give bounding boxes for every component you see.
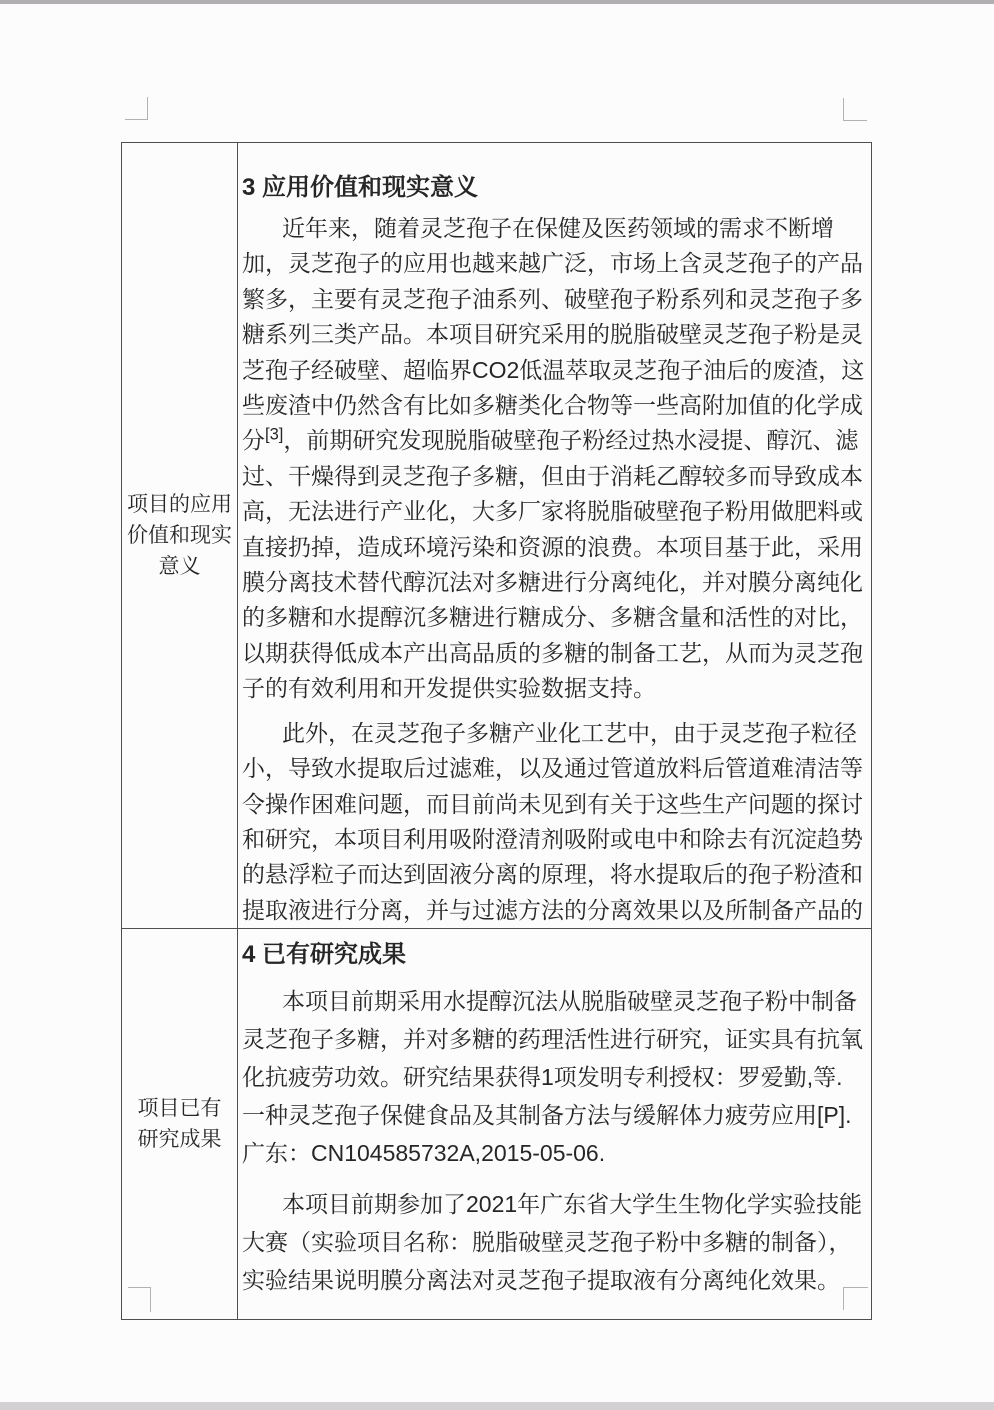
row-header-line: 意义 <box>159 551 201 582</box>
table-row-application-value: 项目的应用 价值和现实 意义 3 应用价值和现实意义 近年来，随着灵芝孢子在保健… <box>122 143 871 929</box>
row-header-line: 项目已有 <box>138 1093 222 1124</box>
paragraph-text: 近年来，随着灵芝孢子在保健及医药领域的需求不断增加，灵芝孢子的应用也越来越广泛，… <box>242 215 864 453</box>
bottom-edge-strip <box>0 1402 994 1410</box>
row-header-line: 研究成果 <box>138 1124 222 1155</box>
crop-mark-top-right <box>843 98 867 121</box>
row-header-line: 价值和现实 <box>127 520 232 551</box>
citation-superscript: [3] <box>265 425 283 444</box>
row-header-cell: 项目已有 研究成果 <box>122 929 238 1319</box>
section-cell: 4 已有研究成果 本项目前期采用水提醇沉法从脱脂破壁灵芝孢子粉中制备灵芝孢子多糖… <box>238 929 871 1319</box>
paragraph-text: ，前期研究发现脱脂破壁孢子粉经过热水浸提、醇沉、滤过、干燥得到灵芝孢子多糖，但由… <box>242 427 863 701</box>
document-page: { "page": { "background": "#fcfcfc", "to… <box>0 0 994 1410</box>
top-edge-strip <box>0 0 994 4</box>
crop-mark-top-left <box>125 97 148 120</box>
form-table: 项目的应用 价值和现实 意义 3 应用价值和现实意义 近年来，随着灵芝孢子在保健… <box>121 142 872 1320</box>
paragraph: 近年来，随着灵芝孢子在保健及医药领域的需求不断增加，灵芝孢子的应用也越来越广泛，… <box>242 211 865 707</box>
paragraph: 此外，在灵芝孢子多糖产业化工艺中，由于灵芝孢子粒径小，导致水提取后过滤难，以及通… <box>242 716 865 928</box>
paragraph: 本项目前期参加了2021年广东省大学生生物化学实验技能大赛（实验项目名称：脱脂破… <box>242 1185 865 1299</box>
section-heading: 4 已有研究成果 <box>242 941 865 969</box>
table-row-existing-results: 项目已有 研究成果 4 已有研究成果 本项目前期采用水提醇沉法从脱脂破壁灵芝孢子… <box>122 929 871 1319</box>
row-header-line: 项目的应用 <box>127 489 232 520</box>
paragraph: 本项目前期采用水提醇沉法从脱脂破壁灵芝孢子粉中制备灵芝孢子多糖，并对多糖的药理活… <box>242 982 865 1172</box>
row-header-cell: 项目的应用 价值和现实 意义 <box>122 143 238 928</box>
section-heading: 3 应用价值和现实意义 <box>242 174 865 202</box>
section-cell: 3 应用价值和现实意义 近年来，随着灵芝孢子在保健及医药领域的需求不断增加，灵芝… <box>238 143 871 928</box>
